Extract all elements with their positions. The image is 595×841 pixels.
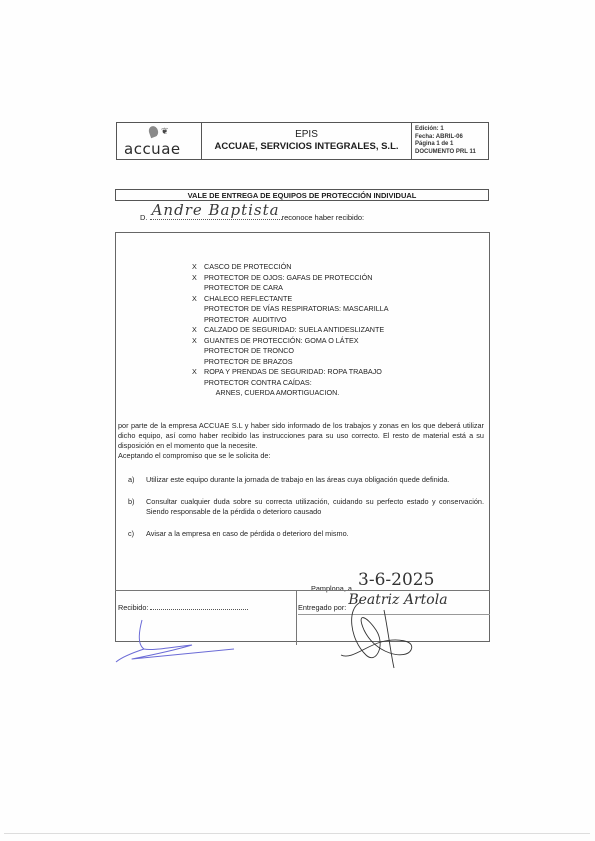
epi-item-label: PROTECTOR AUDITIVO xyxy=(204,315,287,324)
recibido-line: Recibido: xyxy=(118,603,248,612)
clause-label: a) xyxy=(128,475,146,485)
header-meta: Edición: 1 Fecha: ABRIL-06 Página 1 de 1… xyxy=(412,123,488,159)
header-title-epis: EPIS xyxy=(202,129,411,140)
deliverer-signature xyxy=(336,600,426,670)
epi-item: PROTECTOR AUDITIVO xyxy=(192,315,389,326)
epi-item-label: PROTECTOR DE CARA xyxy=(204,283,283,292)
recipient-signature xyxy=(112,615,252,665)
acceptance-text: Aceptando el compromiso que se le solici… xyxy=(118,451,484,461)
form-title: VALE DE ENTREGA DE EQUIPOS DE PROTECCIÓN… xyxy=(115,189,489,201)
epi-list: XCASCO DE PROTECCIÓNXPROTECTOR DE OJOS: … xyxy=(192,262,389,399)
clause-item: c)Avisar a la empresa en caso de pérdida… xyxy=(118,529,484,539)
epi-item: XCALZADO DE SEGURIDAD: SUELA ANTIDESLIZA… xyxy=(192,325,389,336)
epi-item-label: ARNES, CUERDA AMORTIGUACION. xyxy=(204,388,339,397)
header-company-name: ACCUAE, SERVICIOS INTEGRALES, S.L. xyxy=(202,141,411,152)
recipient-name-handwritten: Andre Baptista xyxy=(152,201,280,219)
epi-item: PROTECTOR CONTRA CAÍDAS: xyxy=(192,378,389,389)
meta-edicion: Edición: 1 xyxy=(415,126,488,134)
reconoce-text: reconoce haber recibido: xyxy=(282,213,365,222)
epi-item: XCHALECO REFLECTANTE xyxy=(192,294,389,305)
epi-item: PROTECTOR DE BRAZOS xyxy=(192,357,389,368)
epi-item: ARNES, CUERDA AMORTIGUACION. xyxy=(192,388,389,399)
epi-checkmark: X xyxy=(192,262,204,273)
signature-divider xyxy=(296,590,297,645)
d-label: D. xyxy=(140,213,148,222)
logo-drop-icon xyxy=(147,125,159,138)
epi-item-label: CALZADO DE SEGURIDAD: SUELA ANTIDESLIZAN… xyxy=(204,325,384,334)
clause-text: Consultar cualquier duda sobre su correc… xyxy=(146,497,484,517)
logo-text: accuae xyxy=(124,140,181,158)
epi-item-label: PROTECTOR DE OJOS: GAFAS DE PROTECCIÓN xyxy=(204,273,372,282)
page-edge xyxy=(4,833,590,834)
epi-item: XROPA Y PRENDAS DE SEGURIDAD: ROPA TRABA… xyxy=(192,367,389,378)
clause-label: c) xyxy=(128,529,146,539)
epi-checkmark: X xyxy=(192,367,204,378)
meta-pagina: Página 1 de 1 xyxy=(415,141,488,149)
epi-checkmark: X xyxy=(192,325,204,336)
epi-item-label: PROTECTOR DE TRONCO xyxy=(204,346,294,355)
epi-checkmark: X xyxy=(192,336,204,347)
epi-item: PROTECTOR DE CARA xyxy=(192,283,389,294)
recibido-label: Recibido: xyxy=(118,603,148,612)
epi-item-label: PROTECTOR CONTRA CAÍDAS: xyxy=(204,378,312,387)
epi-item: XGUANTES DE PROTECCIÓN: GOMA O LÁTEX xyxy=(192,336,389,347)
clause-item: a)Utilizar este equipo durante la jornad… xyxy=(118,475,484,485)
recipient-line: D. Andre Baptista reconoce haber recibid… xyxy=(140,211,364,222)
epi-item-label: PROTECTOR DE VÍAS RESPIRATORIAS: MASCARI… xyxy=(204,304,389,313)
epi-checkmark: X xyxy=(192,294,204,305)
meta-fecha: Fecha: ABRIL-06 xyxy=(415,134,488,142)
logo-figure-icon: ❦ xyxy=(161,126,169,137)
clause-label: b) xyxy=(128,497,146,517)
epi-item: XPROTECTOR DE OJOS: GAFAS DE PROTECCIÓN xyxy=(192,273,389,284)
epi-item-label: CASCO DE PROTECCIÓN xyxy=(204,262,291,271)
epi-item-label: CHALECO REFLECTANTE xyxy=(204,294,292,303)
epi-item: PROTECTOR DE VÍAS RESPIRATORIAS: MASCARI… xyxy=(192,304,389,315)
clause-text: Avisar a la empresa en caso de pérdida o… xyxy=(146,529,349,539)
epi-item: XCASCO DE PROTECCIÓN xyxy=(192,262,389,273)
terms-section: por parte de la empresa ACCUAE S.L y hab… xyxy=(118,421,484,551)
recibido-field[interactable] xyxy=(150,603,248,610)
recipient-name-field[interactable]: Andre Baptista xyxy=(150,211,282,220)
clause-text: Utilizar este equipo durante la jornada … xyxy=(146,475,449,485)
date-handwritten: 3-6-2025 xyxy=(358,570,434,590)
clause-item: b)Consultar cualquier duda sobre su corr… xyxy=(118,497,484,517)
company-logo: ❦ accuae xyxy=(117,123,202,159)
epi-item-label: ROPA Y PRENDAS DE SEGURIDAD: ROPA TRABAJ… xyxy=(204,367,382,376)
epi-checkmark: X xyxy=(192,273,204,284)
epi-item-label: PROTECTOR DE BRAZOS xyxy=(204,357,293,366)
meta-documento: DOCUMENTO PRL 11 xyxy=(415,149,488,157)
epi-item: PROTECTOR DE TRONCO xyxy=(192,346,389,357)
epi-item-label: GUANTES DE PROTECCIÓN: GOMA O LÁTEX xyxy=(204,336,359,345)
terms-paragraph: por parte de la empresa ACCUAE S.L y hab… xyxy=(118,421,484,451)
document-header: ❦ accuae EPIS ACCUAE, SERVICIOS INTEGRAL… xyxy=(116,122,489,160)
header-title: EPIS ACCUAE, SERVICIOS INTEGRALES, S.L. xyxy=(202,123,412,159)
